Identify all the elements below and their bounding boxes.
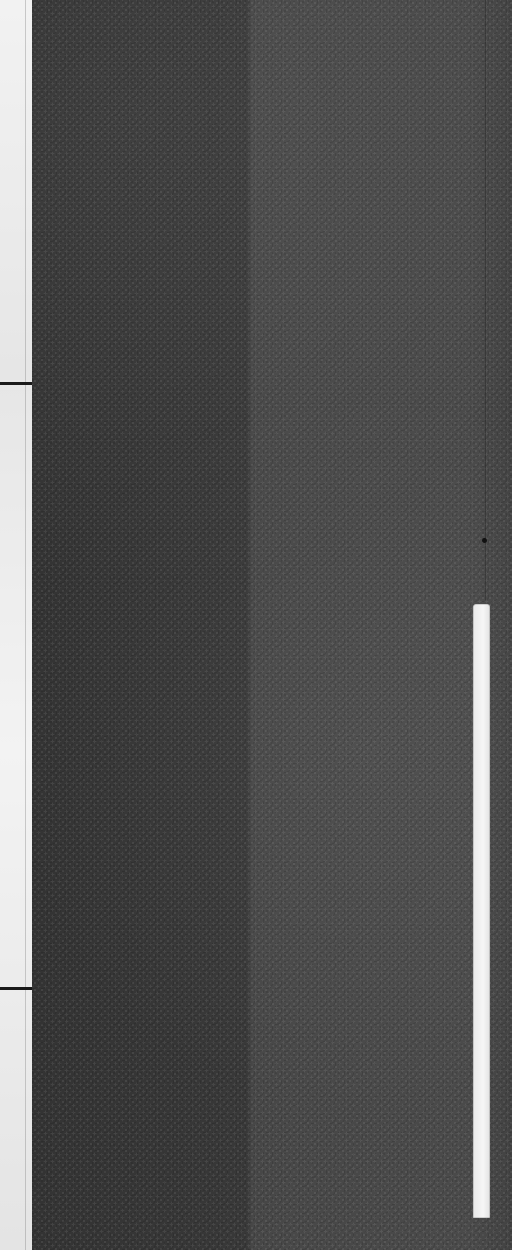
screen-frame xyxy=(0,0,512,1250)
main-content-area xyxy=(32,0,512,1250)
panel-divider xyxy=(0,987,32,990)
dot-marker xyxy=(482,538,487,543)
noise-texture xyxy=(32,0,512,1250)
left-panel xyxy=(0,0,32,1250)
panel-divider xyxy=(0,382,32,385)
scrollbar-thumb[interactable] xyxy=(473,604,490,1218)
edge-line xyxy=(485,0,486,600)
